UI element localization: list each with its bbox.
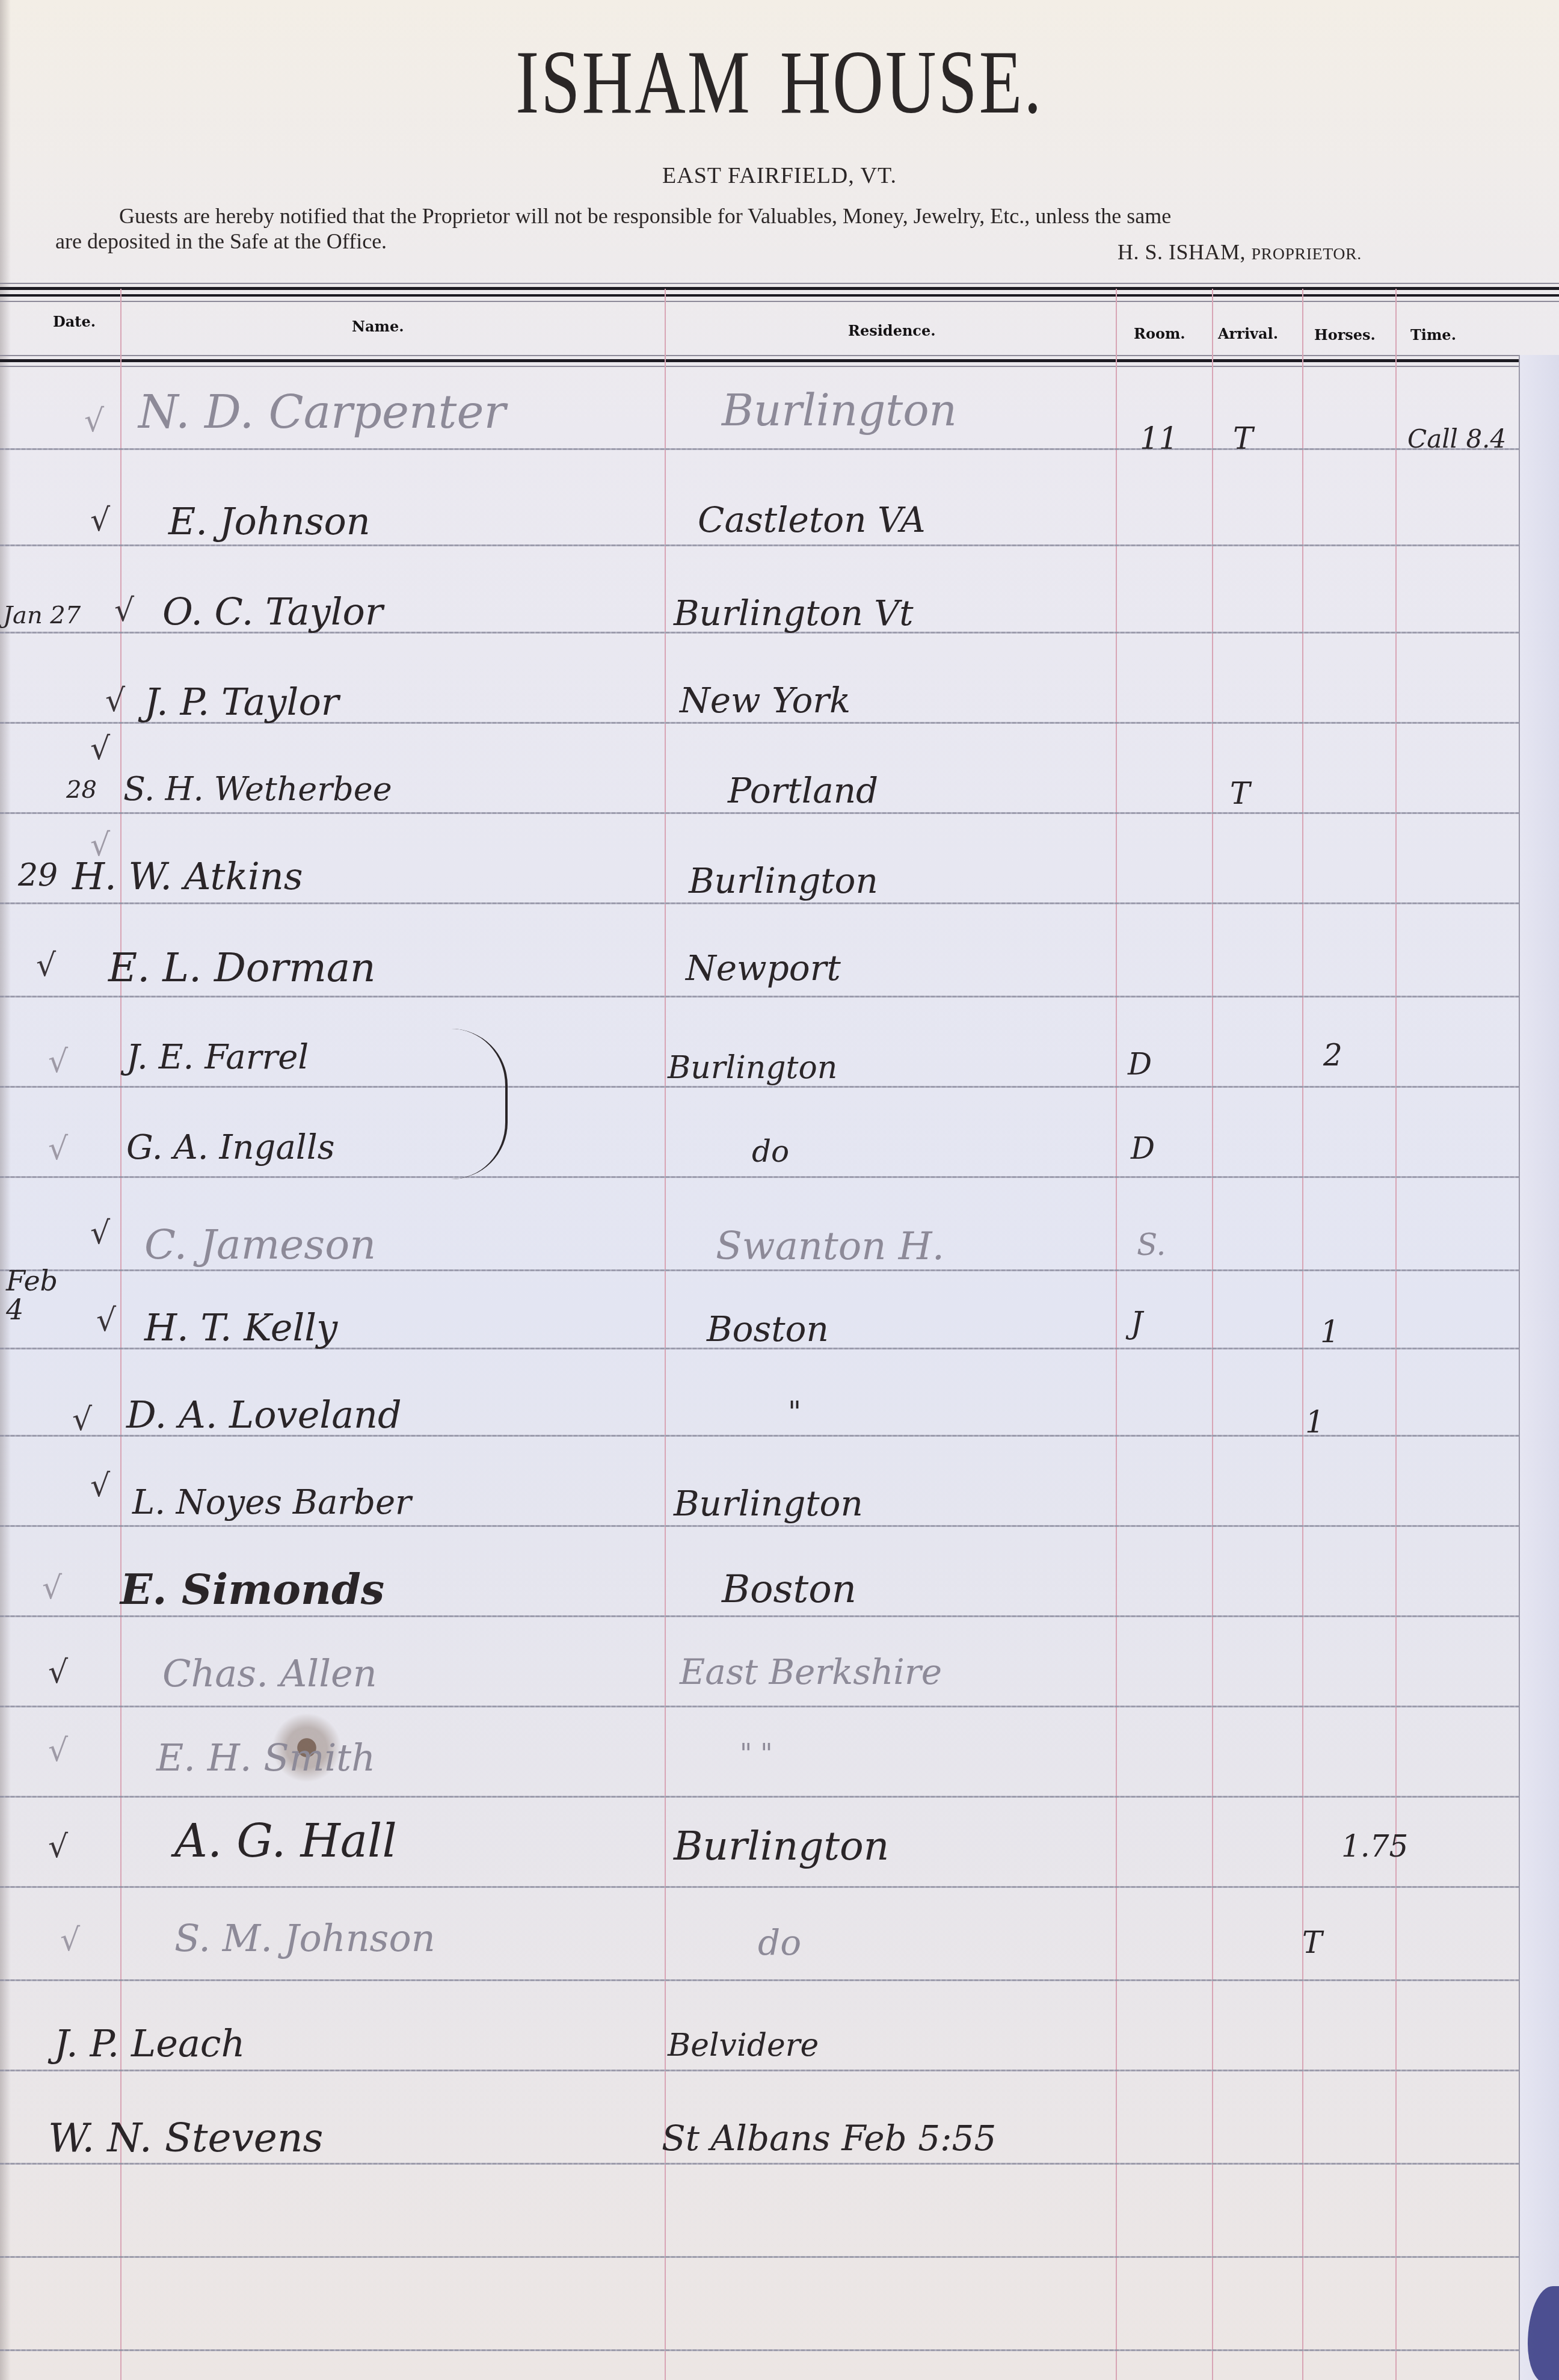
- guest-horses: 2: [1323, 1038, 1342, 1073]
- guest-name: W. N. Stevens: [48, 2115, 323, 2161]
- entry-date: 28: [66, 776, 97, 804]
- check-mark: √: [36, 948, 56, 984]
- proprietor-title: PROPRIETOR.: [1252, 245, 1362, 264]
- col-residence: Residence.: [848, 322, 936, 339]
- guest-arrival: T: [1233, 421, 1253, 456]
- notice-line-2: are deposited in the Safe at the Office.: [55, 229, 387, 254]
- guest-residence: Belvidere: [668, 2027, 819, 2064]
- col-time: Time.: [1410, 326, 1456, 344]
- rule-head-thick: [0, 359, 1559, 362]
- register-page: ISHAMHOUSE. EAST FAIRFIELD, VT. Guests a…: [0, 0, 1559, 2380]
- guest-residence: Burlington Vt: [674, 593, 914, 634]
- guest-residence: " ": [740, 1739, 772, 1769]
- guest-name: D. A. Loveland: [126, 1393, 402, 1437]
- guest-residence: St Albans Feb 5:55: [662, 2118, 996, 2159]
- col-date: Date.: [53, 313, 96, 330]
- divider-room: [1212, 289, 1213, 2380]
- col-horses: Horses.: [1314, 326, 1376, 344]
- guest-room: 11: [1140, 421, 1178, 456]
- guest-name: H. W. Atkins: [72, 854, 303, 898]
- check-mark: √: [114, 593, 134, 629]
- check-mark: √: [42, 1570, 62, 1606]
- guest-horses: 1: [1320, 1315, 1339, 1349]
- guest-name: Chas. Allen: [162, 1651, 377, 1695]
- guest-name: G. A. Ingalls: [126, 1128, 334, 1167]
- guest-residence: Boston: [722, 1567, 856, 1612]
- guest-residence: Burlington: [722, 385, 957, 436]
- col-name: Name.: [352, 318, 404, 335]
- check-mark: √: [48, 1044, 68, 1080]
- guest-residence: Swanton H.: [716, 1224, 944, 1269]
- guest-room: D: [1128, 1047, 1152, 1082]
- col-room: Room.: [1134, 325, 1185, 342]
- guest-arrival: T: [1230, 776, 1250, 811]
- guest-room: J: [1131, 1306, 1143, 1340]
- guest-residence: Newport: [686, 948, 841, 988]
- rule-top-thin-2: [0, 301, 1559, 302]
- guest-residence: Boston: [707, 1309, 829, 1349]
- check-mark: √: [90, 1215, 110, 1251]
- entry-date: 29: [18, 857, 58, 893]
- check-mark: √: [72, 1402, 92, 1438]
- page-gutter-shadow: [0, 0, 11, 2380]
- rule-top-thin: [0, 283, 1559, 284]
- rule-head-thin: [0, 355, 1559, 356]
- guest-name: J. E. Farrel: [126, 1038, 309, 1077]
- guest-residence: ": [788, 1396, 801, 1429]
- check-mark: √: [90, 502, 110, 538]
- guest-horses: 1.75: [1341, 1829, 1408, 1864]
- check-mark: √: [48, 1829, 68, 1865]
- guest-residence: East Berkshire: [680, 1651, 942, 1692]
- guest-residence: Burlington: [668, 1050, 837, 1086]
- guest-name: H. T. Kelly: [144, 1306, 337, 1349]
- guest-residence: Burlington: [674, 1823, 889, 1869]
- check-mark: √: [105, 683, 125, 719]
- guest-name: E. H. Smith: [156, 1736, 375, 1780]
- guest-horses: 1: [1305, 1405, 1324, 1440]
- guest-name: C. Jameson: [144, 1221, 376, 1269]
- rule-top-thick-2: [0, 294, 1559, 297]
- col-arrival: Arrival.: [1218, 325, 1278, 342]
- divider-residence: [1116, 289, 1117, 2380]
- guest-horses: T: [1302, 1925, 1322, 1960]
- divider-name: [665, 289, 666, 2380]
- proprietor-signature: H. S. ISHAM, PROPRIETOR.: [1118, 239, 1362, 265]
- guest-name: E. Johnson: [168, 499, 371, 543]
- check-mark: √: [84, 403, 104, 439]
- guest-room: S.: [1137, 1227, 1166, 1262]
- guest-name: A. G. Hall: [174, 1814, 397, 1867]
- check-mark: √: [48, 1733, 68, 1769]
- title-word-1: ISHAM: [515, 32, 752, 132]
- guest-name: E. L. Dorman: [108, 945, 376, 991]
- guest-residence: do: [752, 1134, 789, 1169]
- rule-head-thin-2: [0, 366, 1559, 367]
- title-word-2: HOUSE.: [780, 32, 1044, 132]
- guest-room: D: [1131, 1131, 1155, 1166]
- divider-horses: [1395, 289, 1397, 2380]
- guest-residence: Castleton VA: [698, 499, 926, 540]
- check-mark: √: [90, 731, 110, 767]
- guest-residence: do: [758, 1922, 801, 1963]
- rule-top-thick: [0, 287, 1559, 290]
- guest-residence: New York: [680, 680, 850, 721]
- guest-name: L. Noyes Barber: [132, 1483, 411, 1522]
- guest-name: S. M. Johnson: [174, 1916, 435, 1960]
- guest-name: N. D. Carpenter: [138, 385, 506, 439]
- check-mark: √: [96, 1303, 116, 1339]
- guest-residence: Burlington: [689, 860, 878, 901]
- check-mark: √: [90, 1468, 110, 1504]
- check-mark: √: [48, 1131, 68, 1167]
- check-mark: √: [48, 1654, 68, 1691]
- proprietor-name: H. S. ISHAM,: [1118, 240, 1246, 264]
- guest-residence: Portland: [728, 770, 878, 811]
- hotel-title: ISHAMHOUSE.: [171, 37, 1388, 128]
- divider-arrival: [1302, 289, 1303, 2380]
- guest-name: J. P. Leach: [54, 2021, 245, 2065]
- hotel-location: EAST FAIRFIELD, VT.: [0, 162, 1559, 189]
- guest-time: Call 8.4: [1407, 424, 1506, 454]
- entry-date: Feb 4: [6, 1266, 54, 1325]
- entry-date: Jan 27: [3, 602, 81, 629]
- check-mark: √: [60, 1922, 80, 1958]
- guest-name: J. P. Taylor: [144, 680, 339, 724]
- guest-residence: Burlington: [674, 1483, 863, 1524]
- guest-name: S. H. Wetherbee: [123, 770, 392, 808]
- guest-name: E. Simonds: [120, 1564, 384, 1614]
- guest-name: O. C. Taylor: [162, 590, 383, 634]
- next-page-edge: [1519, 355, 1559, 2380]
- notice-line-1: Guests are hereby notified that the Prop…: [119, 203, 1171, 229]
- party-bracket: [451, 1029, 508, 1179]
